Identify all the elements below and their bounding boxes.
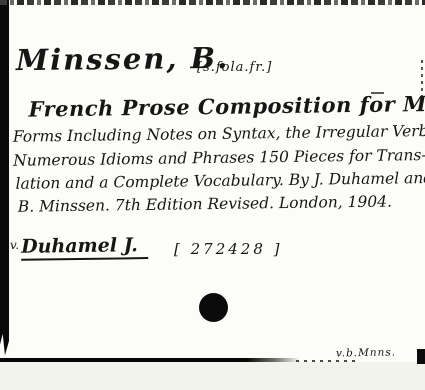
cross-reference-prefix: v.	[10, 238, 19, 252]
cross-reference-name: Duhamel J.	[21, 234, 148, 261]
scanner-margin	[0, 362, 425, 390]
title-line: lation and a Complete Vocabulary. By J. …	[15, 169, 425, 193]
title-line: Numerous Idioms and Phrases 150 Pieces f…	[13, 146, 425, 170]
title-line: Forms Including Notes on Syntax, the Irr…	[13, 122, 425, 146]
title-line: B. Minssen. 7th Edition Revised. London,…	[18, 193, 392, 216]
card-top-edge	[0, 0, 425, 5]
title-line: French Prose Composition for Middle	[28, 90, 425, 121]
cataloger-signature: v.b.Mnns.	[336, 346, 396, 359]
catalog-card-scan: Minssen, B. [s.fola.fr.] French Prose Co…	[0, 0, 425, 390]
punch-hole	[199, 293, 228, 322]
card-left-edge	[0, 0, 9, 359]
card-right-edge-mark	[417, 349, 425, 364]
cross-reference: v.Duhamel J.	[10, 234, 148, 258]
card-bottom-edge-dots	[296, 360, 358, 362]
pressmark: [s.fola.fr.]	[197, 60, 272, 75]
catalog-number: [ 272428 ]	[174, 240, 283, 258]
card-bottom-edge	[0, 358, 300, 362]
